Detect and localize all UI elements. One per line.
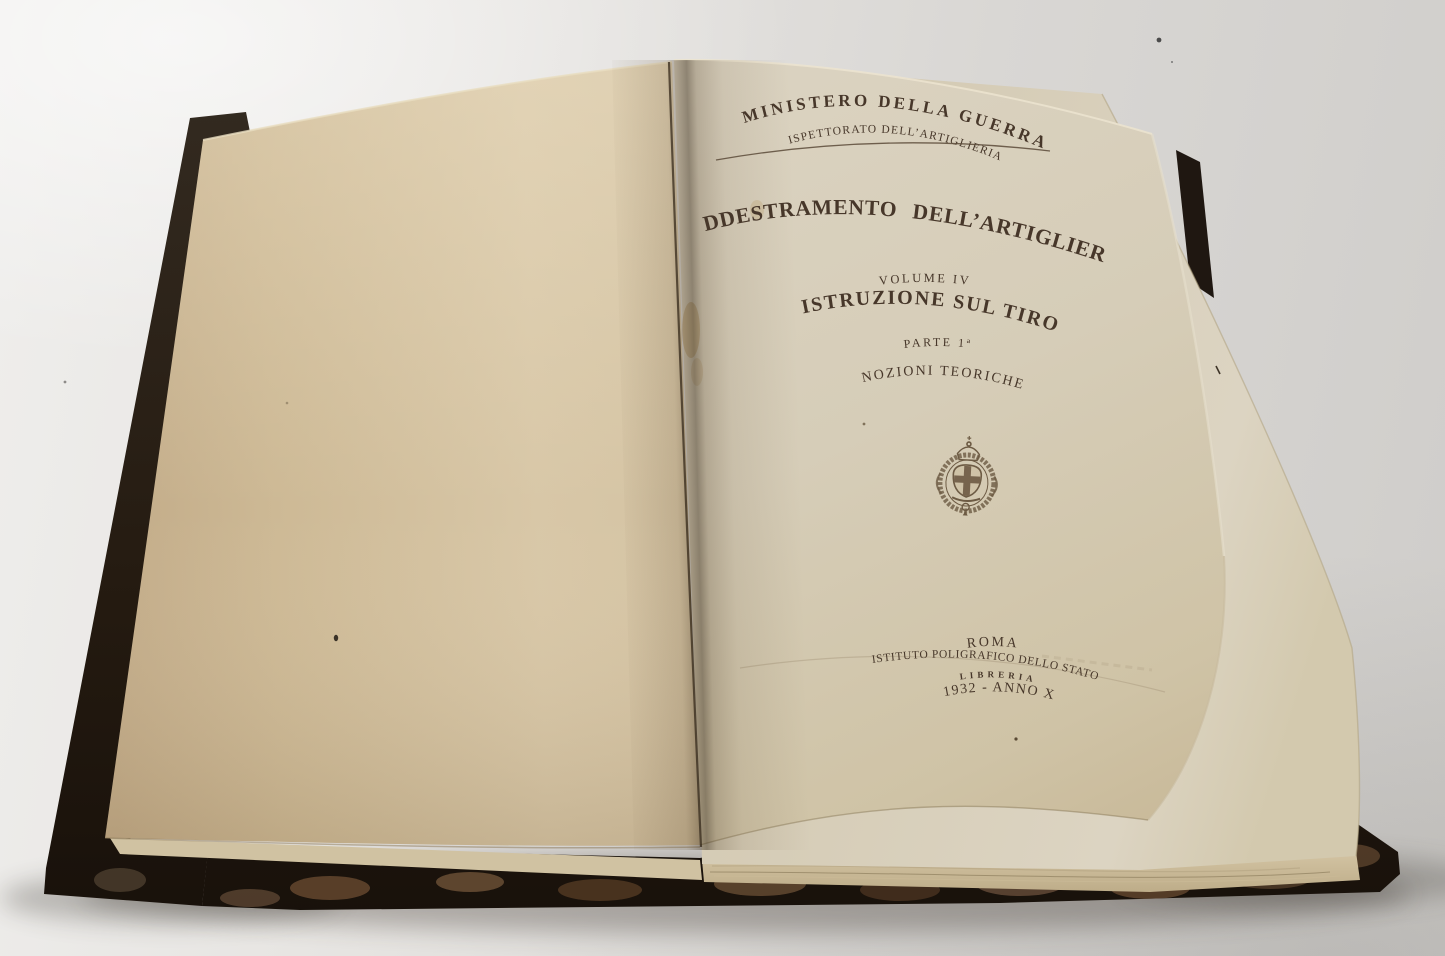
photo-canvas: MINISTERO DELLA GUERRA ISPETTORATO DELL’… [0, 0, 1445, 956]
page-speck [334, 635, 338, 641]
imprint-city: ROMA [966, 635, 1020, 652]
surface-speck [1171, 61, 1173, 63]
surface-speck [1157, 38, 1162, 43]
page-speck [863, 423, 866, 426]
book-gutter [612, 60, 826, 850]
book-photo: MINISTERO DELLA GUERRA ISPETTORATO DELL’… [0, 0, 1445, 956]
surface-speck [64, 381, 67, 384]
page-speck [286, 402, 289, 405]
part-line: PARTE 1ª [903, 335, 973, 351]
page-speck [1014, 737, 1017, 740]
